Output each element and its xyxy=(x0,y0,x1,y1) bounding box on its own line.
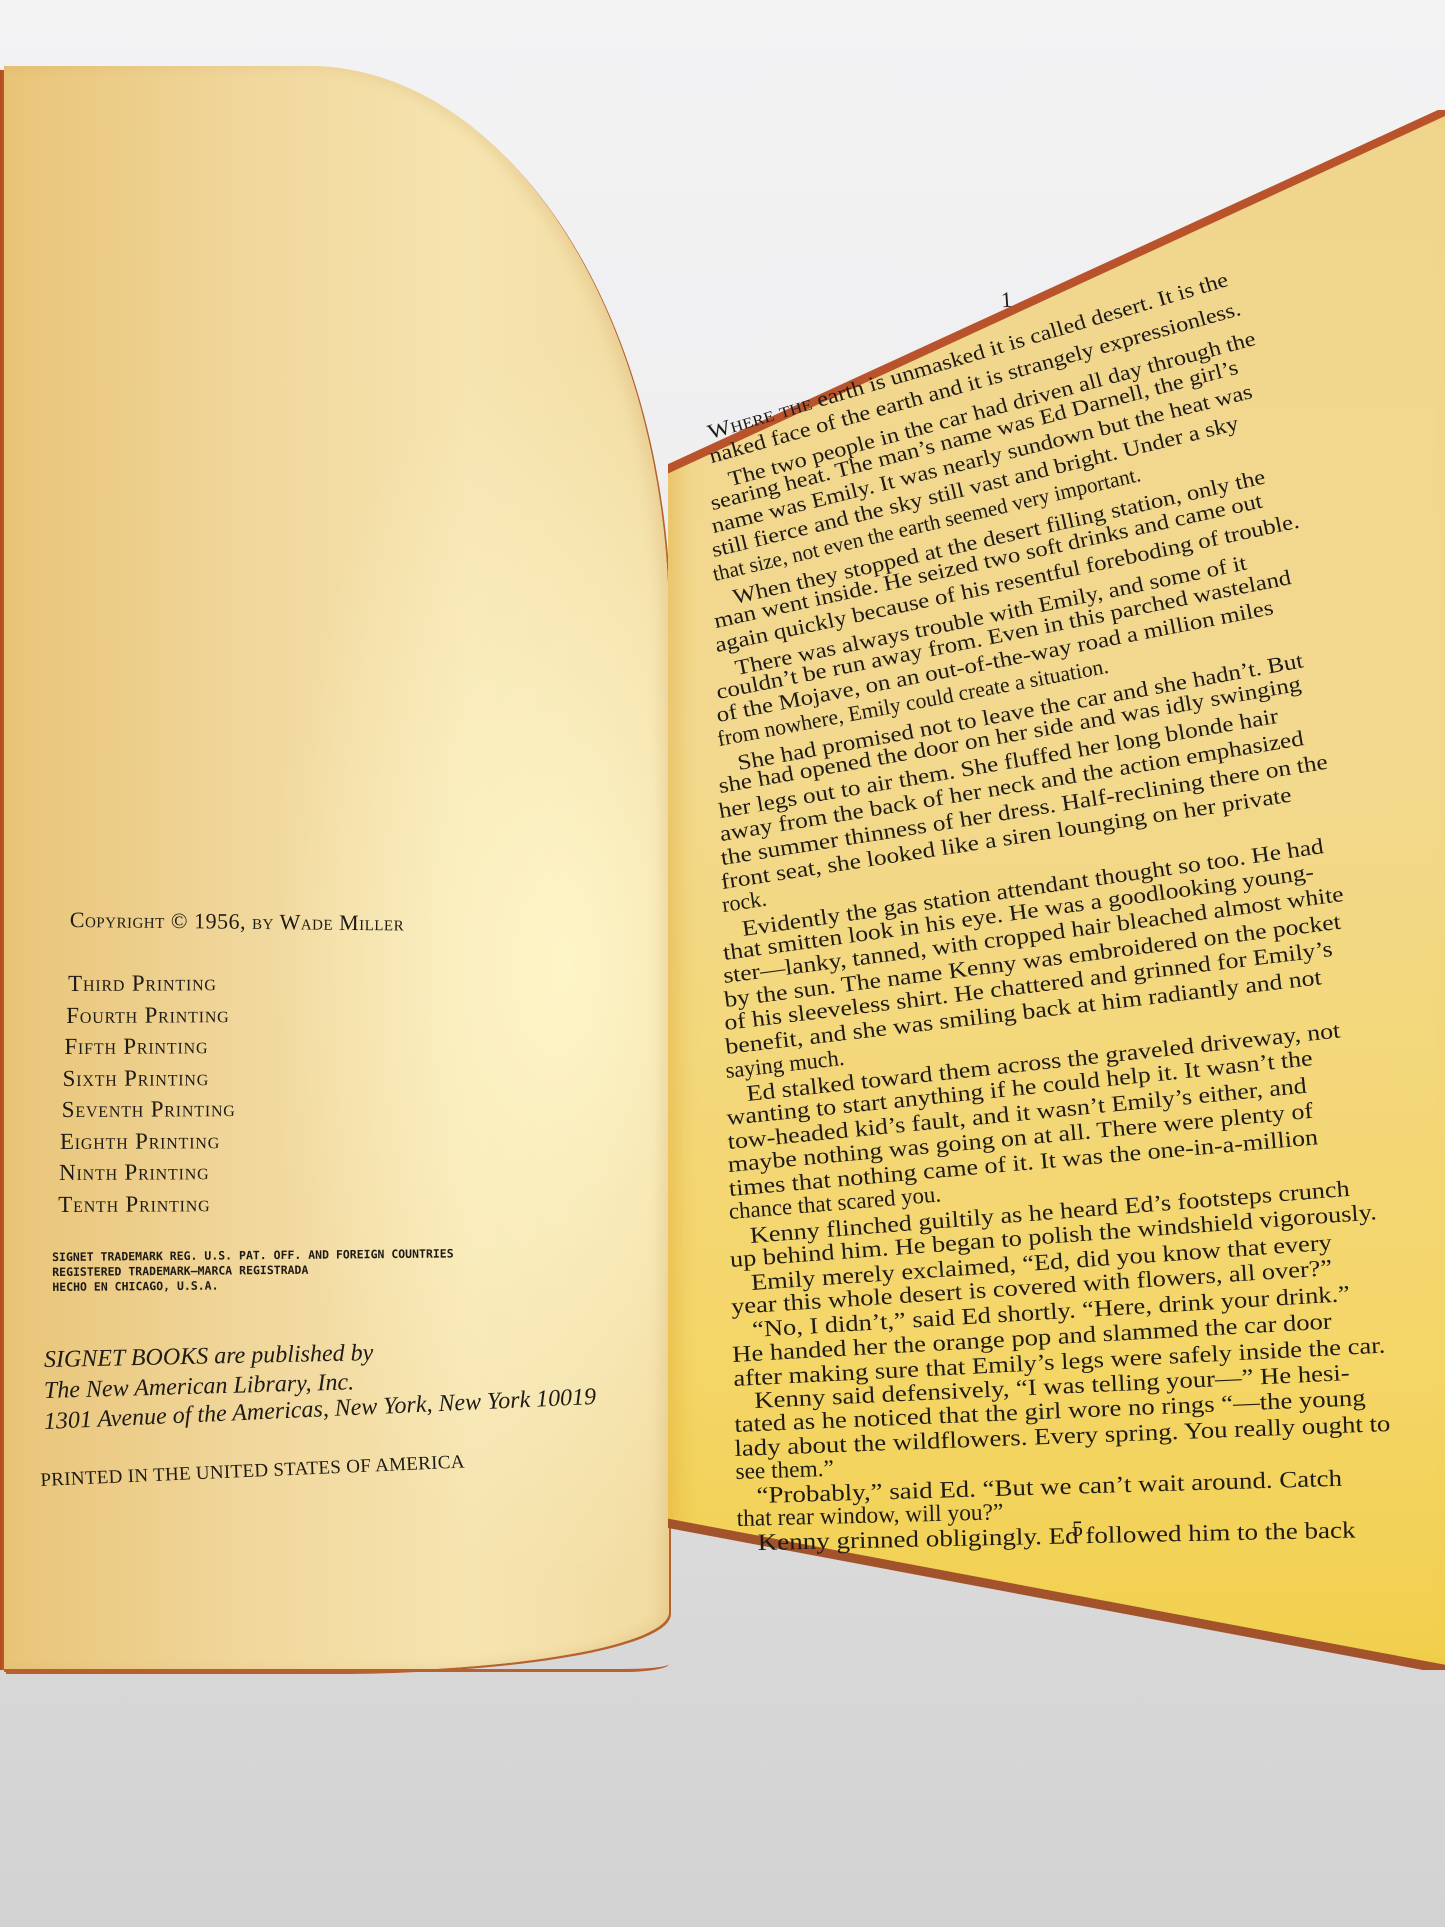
printing-line: Fourth Printing xyxy=(66,999,235,1031)
printing-line: Third Printing xyxy=(68,967,235,999)
printing-line: Tenth Printing xyxy=(58,1188,236,1220)
publisher-info: SIGNET BOOKS are published by The New Am… xyxy=(44,1345,597,1438)
right-page-paper xyxy=(668,110,1445,1670)
printing-line: Sixth Printing xyxy=(62,1062,235,1094)
page-number: 5 xyxy=(1072,1516,1083,1542)
printings-list: Third Printing Fourth Printing Fifth Pri… xyxy=(64,967,236,1220)
printing-line: Seventh Printing xyxy=(62,1093,236,1125)
chapter-number: 1 xyxy=(1000,287,1013,314)
printing-line: Ninth Printing xyxy=(59,1156,236,1188)
right-page-chapter-one xyxy=(668,110,1445,1670)
trademark-notice: SIGNET TRADEMARK REG. U.S. PAT. OFF. AND… xyxy=(52,1246,454,1295)
copyright-notice: Copyright © 1956, by Wade Miller xyxy=(70,907,405,936)
printing-line: Eighth Printing xyxy=(60,1125,236,1157)
printing-line: Fifth Printing xyxy=(64,1030,235,1062)
